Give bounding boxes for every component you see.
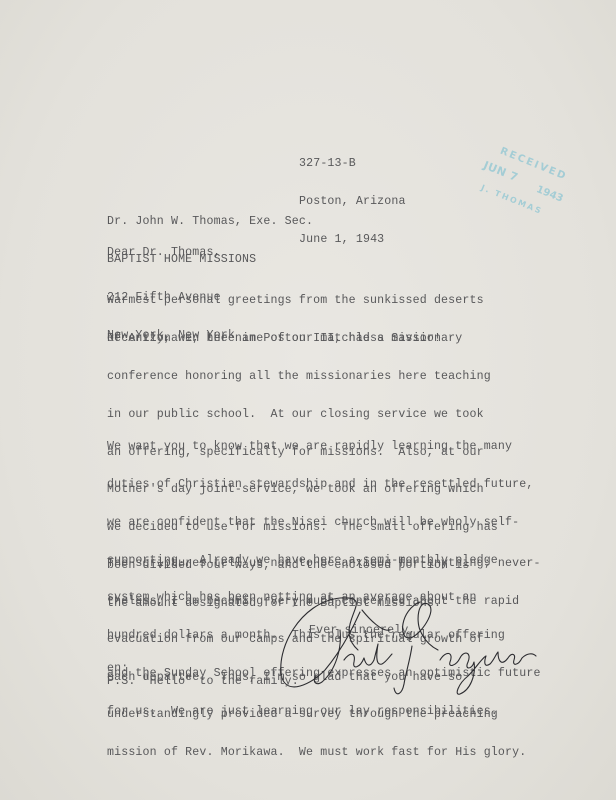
text-line: mission of Rev. Morikawa. We must work f…: [107, 747, 541, 760]
text-line: Recently, we, here in Poston III, had a …: [107, 333, 498, 346]
text-line: understandingly provided a survey throug…: [107, 709, 541, 722]
text-line: we are confident that the Nisei church w…: [107, 517, 541, 530]
text-line: The scriptures tell us not to be anxious…: [107, 558, 541, 571]
salutation: Dear Dr. Thomas,: [107, 247, 221, 260]
letter-date: June 1, 1943: [299, 234, 406, 247]
handwritten-signature: [270, 590, 570, 700]
stamp-name: J. THOMAS: [480, 183, 544, 216]
location: Poston, Arizona: [299, 196, 406, 209]
letter-page: 327-13-B Poston, Arizona June 1, 1943 RE…: [0, 0, 616, 800]
text-line: We want you to know that we are rapidly …: [107, 441, 541, 454]
letter-heading: 327-13-B Poston, Arizona June 1, 1943: [299, 133, 406, 272]
recipient-name: Dr. John W. Thomas, Exe. Sec.: [107, 216, 313, 229]
text-line: Warmest personal greetings from the sunk…: [107, 295, 484, 308]
reference-number: 327-13-B: [299, 158, 406, 171]
stamp-year: 1943: [535, 184, 565, 205]
text-line: conference honoring all the missionaries…: [107, 371, 498, 384]
postscript: P.S. "Hello" to the family.: [107, 676, 299, 689]
received-stamp: RECEIVED JUN 7 1943 J. THOMAS: [457, 137, 597, 264]
enclosure-notation: en:: [107, 663, 128, 676]
text-line: duties of Christian stewardship and in t…: [107, 479, 541, 492]
